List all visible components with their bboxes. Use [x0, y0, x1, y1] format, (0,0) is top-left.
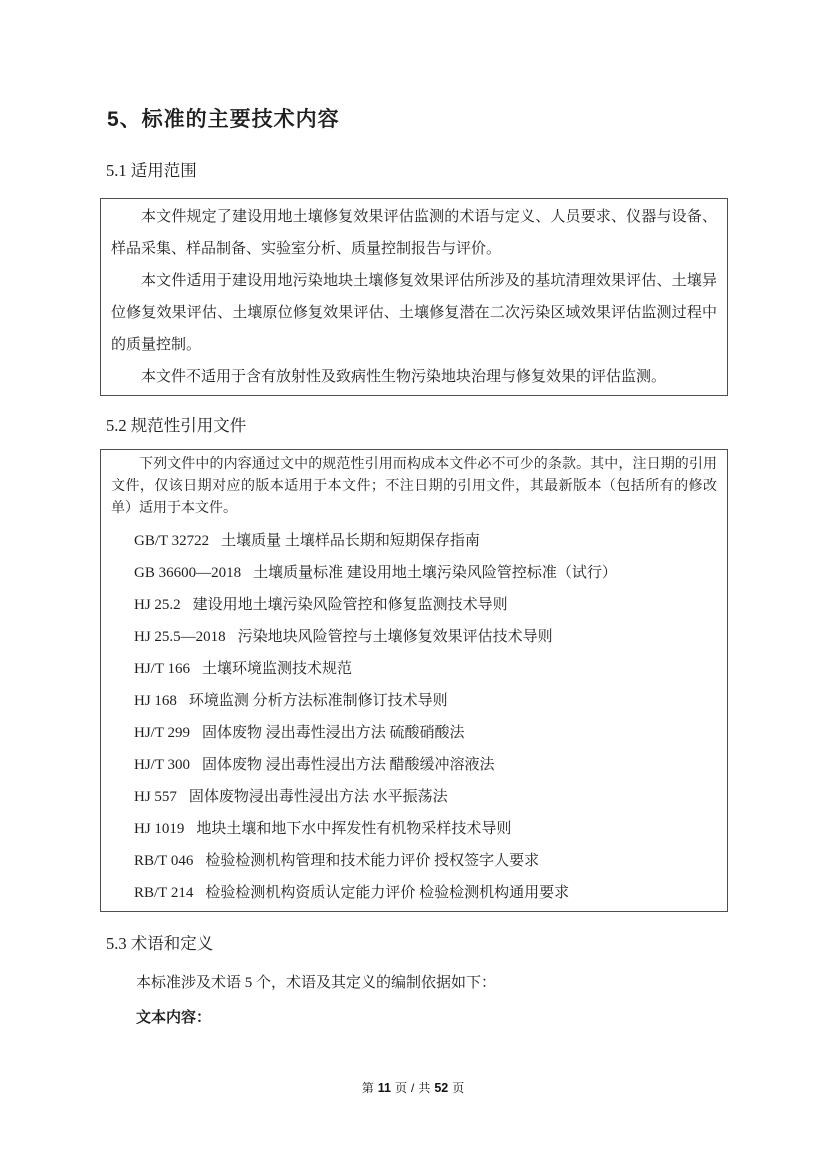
reference-code: GB 36600—2018: [134, 565, 241, 581]
terms-intro-paragraph: 本标准涉及术语 5 个，术语及其定义的编制依据如下：: [106, 972, 728, 994]
reference-item: HJ/T 166土壤环境监测技术规范: [134, 653, 717, 685]
reference-item: HJ 168环境监测 分析方法标准制修订技术导则: [134, 685, 717, 717]
reference-code: HJ 1019: [134, 821, 184, 837]
reference-code: HJ/T 166: [134, 661, 190, 677]
reference-title: 建设用地土壤污染风险管控和修复监测技术导则: [193, 597, 508, 613]
footer-total-label: 共: [418, 1081, 430, 1095]
reference-item: HJ 25.5—2018污染地块风险管控与土壤修复效果评估技术导则: [134, 621, 717, 653]
reference-code: HJ 25.2: [134, 597, 181, 613]
references-intro-paragraph: 下列文件中的内容通过文中的规范性引用而构成本文件必不可少的条款。其中，注日期的引…: [111, 454, 717, 520]
section-heading-5-3: 5.3 术语和定义: [106, 933, 728, 955]
reference-code: HJ/T 300: [134, 757, 190, 773]
reference-code: RB/T 214: [134, 885, 193, 901]
reference-title: 固体废物 浸出毒性浸出方法 醋酸缓冲溶液法: [202, 757, 495, 773]
reference-item: RB/T 046检验检测机构管理和技术能力评价 授权签字人要求: [134, 845, 717, 877]
reference-title: 土壤质量标准 建设用地土壤污染风险管控标准（试行）: [253, 565, 617, 581]
reference-code: HJ/T 299: [134, 725, 190, 741]
reference-title: 环境监测 分析方法标准制修订技术导则: [189, 693, 448, 709]
reference-item: HJ/T 299固体废物 浸出毒性浸出方法 硫酸硝酸法: [134, 717, 717, 749]
section-heading-5-1: 5.1 适用范围: [106, 160, 728, 182]
reference-title: 固体废物 浸出毒性浸出方法 硫酸硝酸法: [202, 725, 465, 741]
reference-title: 检验检测机构管理和技术能力评价 授权签字人要求: [205, 853, 539, 869]
reference-code: GB/T 32722: [134, 533, 209, 549]
section-heading-5-2: 5.2 规范性引用文件: [106, 415, 728, 437]
reference-item: HJ 557固体废物浸出毒性浸出方法 水平振荡法: [134, 781, 717, 813]
reference-item: GB 36600—2018土壤质量标准 建设用地土壤污染风险管控标准（试行）: [134, 557, 717, 589]
reference-code: HJ 168: [134, 693, 177, 709]
scope-paragraph-2: 本文件适用于建设用地污染地块土壤修复效果评估所涉及的基坑清理效果评估、土壤异位修…: [111, 265, 717, 361]
references-list: GB/T 32722土壤质量 土壤样品长期和短期保存指南 GB 36600—20…: [111, 525, 717, 909]
footer-page-unit: 页: [395, 1081, 407, 1095]
document-page: 5、标准的主要技术内容 5.1 适用范围 本文件规定了建设用地土壤修复效果评估监…: [0, 0, 826, 1169]
footer-current-page-number: 11: [378, 1081, 391, 1095]
terms-emphasis-label: 文本内容：: [106, 1007, 728, 1029]
reference-item: RB/T 214检验检测机构资质认定能力评价 检验检测机构通用要求: [134, 877, 717, 909]
reference-title: 土壤环境监测技术规范: [202, 661, 352, 677]
reference-title: 检验检测机构资质认定能力评价 检验检测机构通用要求: [205, 885, 569, 901]
reference-code: RB/T 046: [134, 853, 193, 869]
reference-code: HJ 25.5—2018: [134, 629, 226, 645]
reference-title: 固体废物浸出毒性浸出方法 水平振荡法: [189, 789, 448, 805]
reference-item: GB/T 32722土壤质量 土壤样品长期和短期保存指南: [134, 525, 717, 557]
footer-page-prefix: 第: [362, 1081, 374, 1095]
scope-paragraph-1: 本文件规定了建设用地土壤修复效果评估监测的术语与定义、人员要求、仪器与设备、样品…: [111, 201, 717, 265]
reference-item: HJ/T 300固体废物 浸出毒性浸出方法 醋酸缓冲溶液法: [134, 749, 717, 781]
reference-code: HJ 557: [134, 789, 177, 805]
scope-box: 本文件规定了建设用地土壤修复效果评估监测的术语与定义、人员要求、仪器与设备、样品…: [100, 198, 728, 396]
footer-total-unit: 页: [452, 1081, 464, 1095]
reference-title: 地块土壤和地下水中挥发性有机物采样技术导则: [196, 821, 511, 837]
reference-item: HJ 1019地块土壤和地下水中挥发性有机物采样技术导则: [134, 813, 717, 845]
page-footer: 第11页/共52页: [0, 1080, 826, 1096]
scope-paragraph-3: 本文件不适用于含有放射性及致病性生物污染地块治理与修复效果的评估监测。: [111, 361, 717, 393]
footer-total-page-number: 52: [434, 1081, 448, 1095]
content-area: 5、标准的主要技术内容 5.1 适用范围 本文件规定了建设用地土壤修复效果评估监…: [100, 0, 728, 1029]
reference-title: 土壤质量 土壤样品长期和短期保存指南: [221, 533, 480, 549]
page-title: 5、标准的主要技术内容: [107, 106, 728, 134]
footer-separator: /: [411, 1081, 414, 1095]
reference-item: HJ 25.2建设用地土壤污染风险管控和修复监测技术导则: [134, 589, 717, 621]
reference-title: 污染地块风险管控与土壤修复效果评估技术导则: [238, 629, 553, 645]
normative-references-box: 下列文件中的内容通过文中的规范性引用而构成本文件必不可少的条款。其中，注日期的引…: [100, 449, 728, 912]
